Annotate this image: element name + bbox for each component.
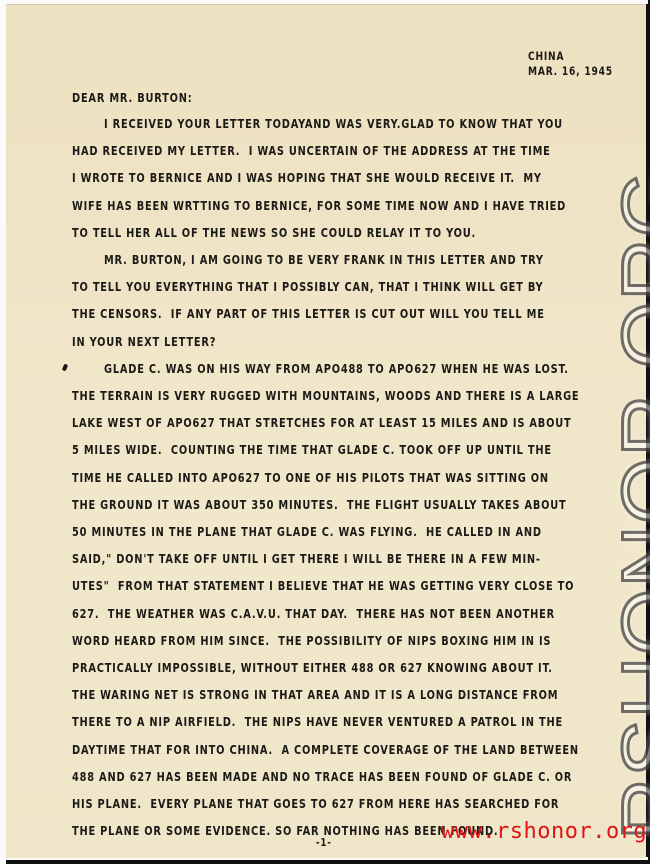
letter-line: DAYTIME THAT FOR INTO CHINA. A COMPLETE …	[72, 742, 579, 757]
letter-line: I RECEIVED YOUR LETTER TODAYAND WAS VERY…	[104, 116, 563, 131]
letter-line: SAID," DON'T TAKE OFF UNTIL I GET THERE …	[72, 551, 541, 566]
letter-place: CHINA	[528, 49, 564, 63]
letter-salutation: DEAR MR. BURTON:	[72, 90, 192, 105]
vertical-watermark: RSHONOR.ORG	[604, 170, 650, 840]
letter-line: MR. BURTON, I AM GOING TO BE VERY FRANK …	[104, 252, 544, 267]
letter-line: HIS PLANE. EVERY PLANE THAT GOES TO 627 …	[72, 796, 559, 811]
letter-line: TO TELL HER ALL OF THE NEWS SO SHE COULD…	[72, 225, 476, 240]
letter-line: 50 MINUTES IN THE PLANE THAT GLADE C. WA…	[72, 524, 542, 539]
letter-line: LAKE WEST OF APO627 THAT STRETCHES FOR A…	[72, 415, 571, 430]
letter-line: THE PLANE OR SOME EVIDENCE. SO FAR NOTHI…	[72, 823, 498, 838]
letter-paper	[6, 4, 646, 858]
letter-line: WIFE HAS BEEN WRTTING TO BERNICE, FOR SO…	[72, 198, 566, 213]
letter-line: HAD RECEIVED MY LETTER. I WAS UNCERTAIN …	[72, 143, 551, 158]
letter-line: THE GROUND IT WAS ABOUT 350 MINUTES. THE…	[72, 497, 567, 512]
letter-line: 627. THE WEATHER WAS C.A.V.U. THAT DAY. …	[72, 606, 555, 621]
url-watermark: www.rshonor.org	[441, 819, 647, 844]
letter-line: THERE TO A NIP AIRFIELD. THE NIPS HAVE N…	[72, 714, 563, 729]
letter-line: THE CENSORS. IF ANY PART OF THIS LETTER …	[72, 306, 545, 321]
letter-line: UTES" FROM THAT STATEMENT I BELIEVE THAT…	[72, 578, 574, 593]
letter-line: THE WARING NET IS STRONG IN THAT AREA AN…	[72, 687, 558, 702]
letter-line: WORD HEARD FROM HIM SINCE. THE POSSIBILI…	[72, 633, 551, 648]
letter-line: TO TELL YOU EVERYTHING THAT I POSSIBLY C…	[72, 279, 543, 294]
page-number: -1-	[316, 836, 332, 849]
letter-line: TIME HE CALLED INTO APO627 TO ONE OF HIS…	[72, 470, 549, 485]
letter-line: PRACTICALLY IMPOSSIBLE, WITHOUT EITHER 4…	[72, 660, 553, 675]
letter-date: MAR. 16, 1945	[528, 64, 613, 78]
letter-line: IN YOUR NEXT LETTER?	[72, 334, 216, 349]
letter-line: I WROTE TO BERNICE AND I WAS HOPING THAT…	[72, 170, 542, 185]
letter-line: THE TERRAIN IS VERY RUGGED WITH MOUNTAIN…	[72, 388, 579, 403]
letter-line: GLADE C. WAS ON HIS WAY FROM APO488 TO A…	[104, 361, 569, 376]
letter-line: 5 MILES WIDE. COUNTING THE TIME THAT GLA…	[72, 442, 552, 457]
letter-line: 488 AND 627 HAS BEEN MADE AND NO TRACE H…	[72, 769, 572, 784]
